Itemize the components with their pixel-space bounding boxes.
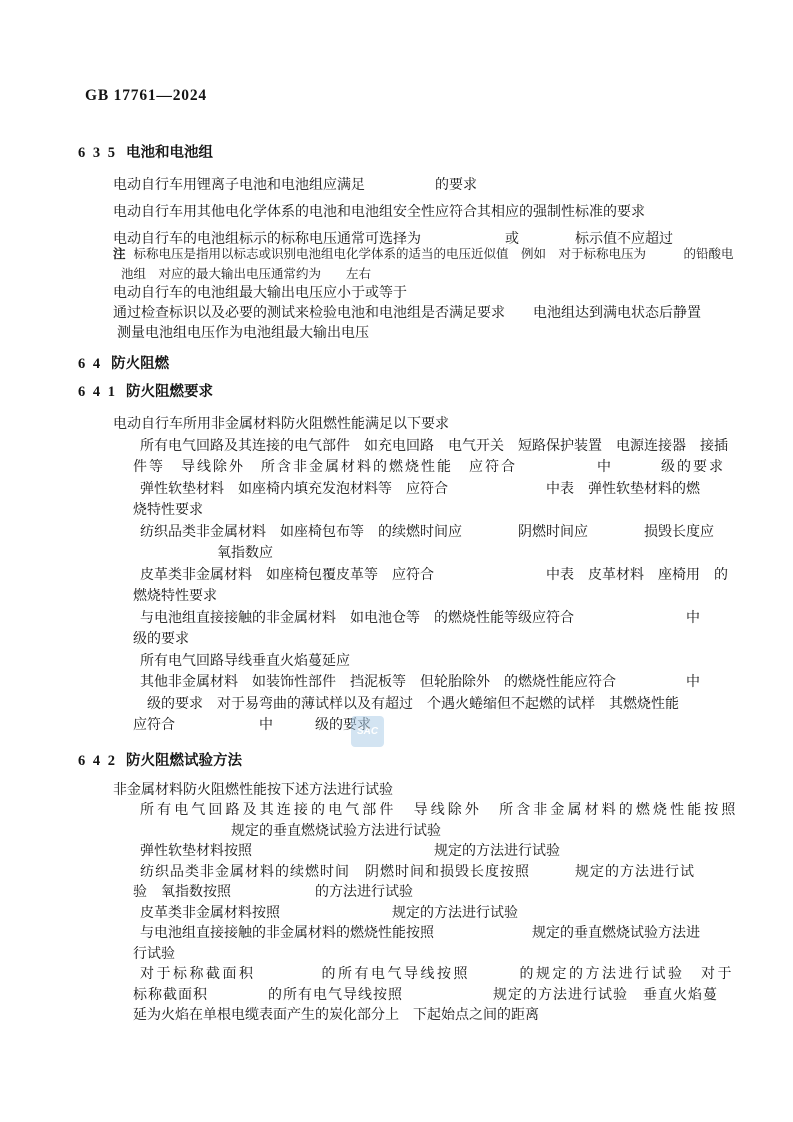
document-line: 皮革类非金属材料 如座椅包覆皮革等 应符合 中表 皮革材料 座椅用 的 xyxy=(78,565,753,587)
line-text: 电动自行车用锂离子电池和电池组应满足 的要求 xyxy=(113,178,477,193)
document-line: 电动自行车用锂离子电池和电池组应满足 的要求 xyxy=(78,172,753,199)
line-text: 非金属材料防火阻燃性能按下述方法进行试验 xyxy=(113,783,393,798)
line-text: 防火阻燃 xyxy=(111,356,169,372)
document-line: 所有电气回路及其连接的电气部件 如充电回路 电气开关 短路保护装置 电源连接器 … xyxy=(78,436,753,458)
document-line: 皮革类非金属材料按照 规定的方法进行试验 xyxy=(78,904,753,925)
line-text: 纺织品类非金属材料的续燃时间 阴燃时间和损毁长度按照 规定的方法进行试 xyxy=(140,865,695,880)
document-line: 规定的垂直燃烧试验方法进行试验 xyxy=(78,822,753,843)
document-line: 电动自行车的电池组最大输出电压应小于或等于 xyxy=(78,284,753,304)
document-line: 电动自行车所用非金属材料防火阻燃性能满足以下要求 xyxy=(78,414,753,436)
line-text: 电动自行车的电池组最大输出电压应小于或等于 xyxy=(113,286,407,301)
line-text: 通过检查标识以及必要的测试来检验电池和电池组是否满足要求 电池组达到满电状态后静… xyxy=(113,306,701,321)
document-line: 氧指数应 xyxy=(78,543,753,565)
line-text: 皮革类非金属材料按照 规定的方法进行试验 xyxy=(140,906,518,921)
line-text: 测量电池组电压作为电池组最大输出电压 xyxy=(117,326,369,341)
line-text: 弹性软垫材料 如座椅内填充发泡材料等 应符合 中表 弹性软垫材料的燃 xyxy=(140,482,700,497)
line-text: 池组 对应的最大输出电压通常约为 左右 xyxy=(121,267,371,281)
document-line: 6 4 1防火阻燃要求 xyxy=(78,382,753,403)
document-line: 纺织品类非金属材料的续燃时间 阴燃时间和损毁长度按照 规定的方法进行试 xyxy=(78,863,753,884)
line-text: 件等 导线除外 所含非金属材料的燃烧性能 应符合 中 级的要求 xyxy=(133,460,725,475)
line-text: 防火阻燃要求 xyxy=(126,384,213,400)
document-line: 所有电气回路及其连接的电气部件 导线除外 所含非金属材料的燃烧性能按照 xyxy=(78,801,753,822)
line-text: 标称电压是指用以标志或识别电池组电化学体系的适当的电压近似值 例如 对于标称电压… xyxy=(134,247,734,261)
document-line: 6 4 2防火阻燃试验方法 xyxy=(78,751,753,772)
line-text: 应符合 中 级的要求 xyxy=(133,718,371,733)
document-line: 池组 对应的最大输出电压通常约为 左右 xyxy=(78,265,753,285)
document-line: 非金属材料防火阻燃性能按下述方法进行试验 xyxy=(78,780,753,802)
line-text: 与电池组直接接触的非金属材料 如电池仓等 的燃烧性能等级应符合 中 xyxy=(140,611,700,626)
document-line: 6 4防火阻燃 xyxy=(78,354,753,375)
document-line: 与电池组直接接触的非金属材料的燃烧性能按照 规定的垂直燃烧试验方法进 xyxy=(78,924,753,945)
line-text: 烧特性要求 xyxy=(133,503,203,518)
document-line: 所有电气回路导线垂直火焰蔓延应 xyxy=(78,651,753,673)
document-line: 对于标称截面积 的所有电气导线按照 的规定的方法进行试验 对于 xyxy=(78,965,753,986)
line-text: 防火阻燃试验方法 xyxy=(126,753,242,769)
document-line: 级的要求 xyxy=(78,629,753,651)
line-text: 氧指数应 xyxy=(133,546,273,561)
page-content: GB 17761—2024 6 3 5电池和电池组电动自行车用锂离子电池和电池组… xyxy=(0,0,793,1027)
line-text: 标称截面积 的所有电气导线按照 规定的方法进行试验 垂直火焰蔓 xyxy=(133,988,718,1003)
line-label: 6 4 2 xyxy=(78,753,117,769)
line-label: 6 4 1 xyxy=(78,384,117,400)
line-text: 所有电气回路及其连接的电气部件 导线除外 所含非金属材料的燃烧性能按照 xyxy=(140,803,739,818)
line-text: 纺织品类非金属材料 如座椅包布等 的续燃时间应 阴燃时间应 损毁长度应 xyxy=(140,525,714,540)
line-label: 注 xyxy=(113,247,126,261)
document-line: 其他非金属材料 如装饰性部件 挡泥板等 但轮胎除外 的燃烧性能应符合 中 xyxy=(78,672,753,694)
document-line: 延为火焰在单根电缆表面产生的炭化部分上 下起始点之间的距离 xyxy=(78,1006,753,1027)
document-line: 弹性软垫材料 如座椅内填充发泡材料等 应符合 中表 弹性软垫材料的燃 xyxy=(78,479,753,501)
line-text: 验 氧指数按照 的方法进行试验 xyxy=(133,885,413,900)
document-page: GB 17761—2024 6 3 5电池和电池组电动自行车用锂离子电池和电池组… xyxy=(0,0,793,1122)
document-line: 与电池组直接接触的非金属材料 如电池仓等 的燃烧性能等级应符合 中 xyxy=(78,608,753,630)
line-text: 延为火焰在单根电缆表面产生的炭化部分上 下起始点之间的距离 xyxy=(133,1008,539,1023)
line-text: 所有电气回路及其连接的电气部件 如充电回路 电气开关 短路保护装置 电源连接器 … xyxy=(140,439,728,454)
standard-number-header: GB 17761—2024 xyxy=(85,86,753,106)
document-line: 通过检查标识以及必要的测试来检验电池和电池组是否满足要求 电池组达到满电状态后静… xyxy=(78,304,753,324)
document-line: 行试验 xyxy=(78,945,753,966)
document-line: 应符合 中 级的要求 xyxy=(78,715,753,737)
line-text: 对于标称截面积 的所有电气导线按照 的规定的方法进行试验 对于 xyxy=(140,967,734,982)
line-text: 电池和电池组 xyxy=(126,145,213,161)
line-text: 所有电气回路导线垂直火焰蔓延应 xyxy=(140,654,350,669)
line-label: 6 3 5 xyxy=(78,145,117,161)
document-line: 级的要求 对于易弯曲的薄试样以及有超过 个遇火蜷缩但不起燃的试样 其燃烧性能 xyxy=(78,694,753,716)
line-text: 皮革类非金属材料 如座椅包覆皮革等 应符合 中表 皮革材料 座椅用 的 xyxy=(140,568,728,583)
line-text: 与电池组直接接触的非金属材料的燃烧性能按照 规定的垂直燃烧试验方法进 xyxy=(140,926,700,941)
document-line: 测量电池组电压作为电池组最大输出电压 xyxy=(78,324,753,344)
document-line: 件等 导线除外 所含非金属材料的燃烧性能 应符合 中 级的要求 xyxy=(78,457,753,479)
document-line: 弹性软垫材料按照 规定的方法进行试验 xyxy=(78,842,753,863)
line-text: 电动自行车用其他电化学体系的电池和电池组安全性应符合其相应的强制性标准的要求 xyxy=(113,205,645,220)
line-text: 级的要求 xyxy=(133,632,189,647)
line-text: 电动自行车所用非金属材料防火阻燃性能满足以下要求 xyxy=(113,417,449,432)
line-text: 级的要求 对于易弯曲的薄试样以及有超过 个遇火蜷缩但不起燃的试样 其燃烧性能 xyxy=(133,697,679,712)
document-line: 注标称电压是指用以标志或识别电池组电化学体系的适当的电压近似值 例如 对于标称电… xyxy=(78,245,753,265)
line-label: 6 4 xyxy=(78,356,102,372)
line-text: 其他非金属材料 如装饰性部件 挡泥板等 但轮胎除外 的燃烧性能应符合 中 xyxy=(140,675,700,690)
document-body: 6 3 5电池和电池组电动自行车用锂离子电池和电池组应满足 的要求电动自行车用其… xyxy=(78,143,753,1027)
line-text: 行试验 xyxy=(133,947,175,962)
document-line: 燃烧特性要求 xyxy=(78,586,753,608)
line-text: 燃烧特性要求 xyxy=(133,589,217,604)
document-line: 电动自行车用其他电化学体系的电池和电池组安全性应符合其相应的强制性标准的要求 xyxy=(78,199,753,226)
line-text: 弹性软垫材料按照 规定的方法进行试验 xyxy=(140,844,560,859)
document-line: 纺织品类非金属材料 如座椅包布等 的续燃时间应 阴燃时间应 损毁长度应 xyxy=(78,522,753,544)
document-line: 6 3 5电池和电池组 xyxy=(78,143,753,164)
document-line: 标称截面积 的所有电气导线按照 规定的方法进行试验 垂直火焰蔓 xyxy=(78,986,753,1007)
document-line: 烧特性要求 xyxy=(78,500,753,522)
line-text: 规定的垂直燃烧试验方法进行试验 xyxy=(133,824,441,839)
document-line: 验 氧指数按照 的方法进行试验 xyxy=(78,883,753,904)
